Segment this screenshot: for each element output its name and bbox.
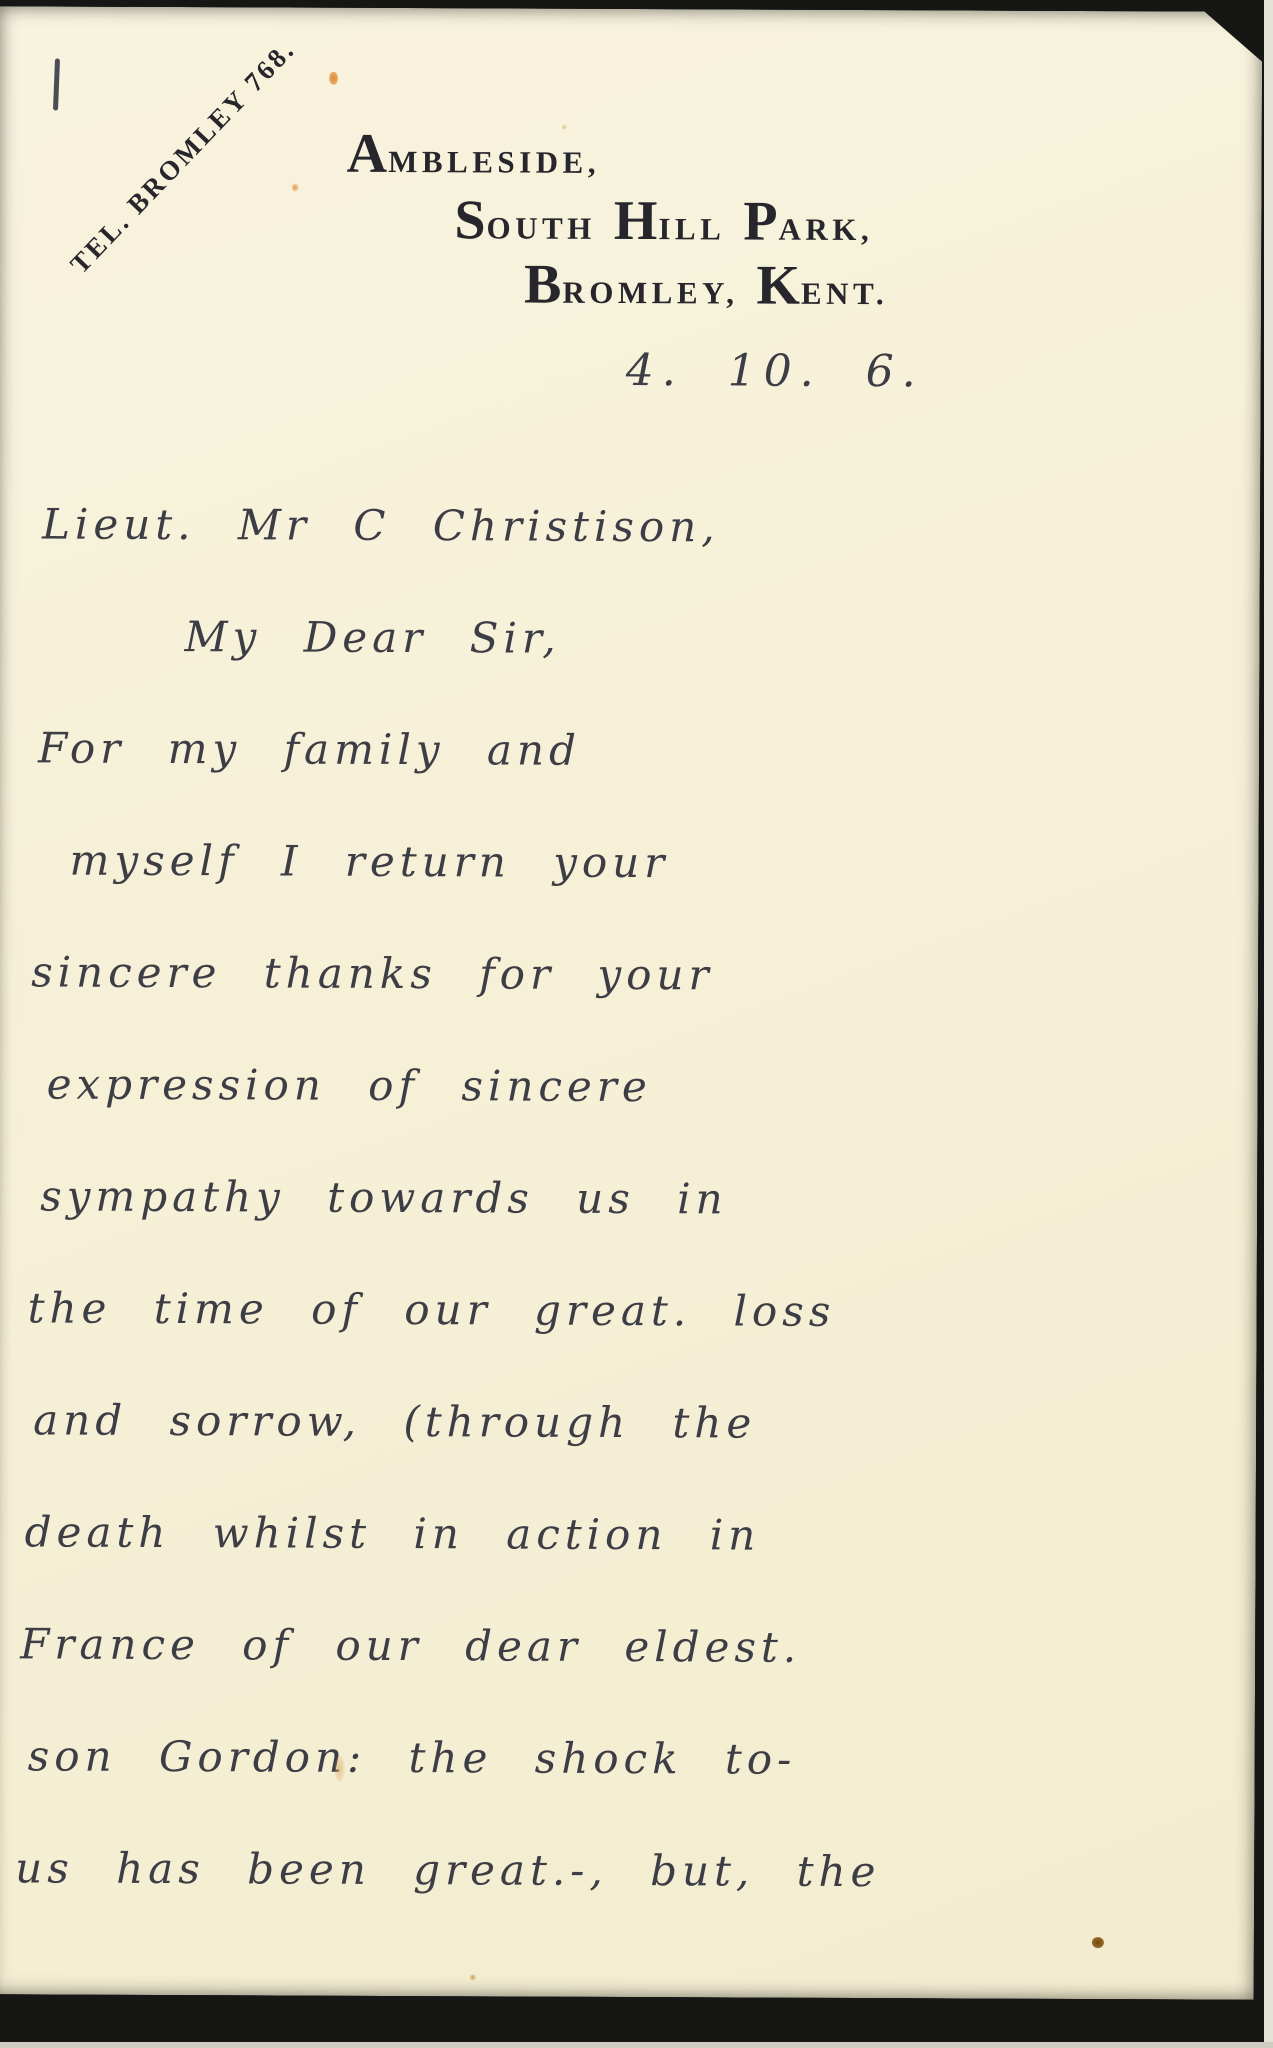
letter-line: sincere thanks for your xyxy=(31,916,1235,1033)
letter-line: My Dear Sir, xyxy=(184,581,1236,698)
letterhead-telephone: TEL. BROMLEY 768. xyxy=(64,34,301,280)
scanner-edge-strip-bottom xyxy=(0,2042,1273,2048)
foxing-spot xyxy=(470,1974,476,1980)
letter-line: expression of sincere xyxy=(46,1028,1234,1145)
letter-line: the time of our great. loss xyxy=(27,1252,1233,1369)
foxing-spot xyxy=(335,1756,345,1782)
letter-line: France of our dear eldest. xyxy=(20,1588,1232,1705)
page-number-mark xyxy=(53,58,60,110)
foxing-spot xyxy=(292,184,299,192)
letter-line: myself I return your xyxy=(69,805,1235,922)
letter-line: For my family and xyxy=(38,692,1236,809)
foxing-spot xyxy=(562,125,567,130)
letter-body: Lieut. Mr C Christison, My Dear Sir, For… xyxy=(0,468,1237,1929)
scanner-edge-strip xyxy=(1264,0,1273,2048)
letter-line: and sorrow, (through the xyxy=(33,1364,1233,1481)
letter-line: son Gordon: the shock to- xyxy=(27,1700,1231,1817)
letter-line: death whilst in action in xyxy=(24,1476,1232,1593)
foxing-spot xyxy=(329,72,338,85)
letter-paper: TEL. BROMLEY 768. AMBLESIDE, SOUTH HILL … xyxy=(0,6,1262,1999)
handwritten-date: 4. 10. 6. xyxy=(626,345,924,397)
letter-line: sympathy towards us in xyxy=(40,1140,1234,1257)
foxing-spot xyxy=(1092,1937,1104,1948)
letterhead-address: AMBLESIDE, SOUTH HILL PARK, BROMLEY, KEN… xyxy=(346,126,903,314)
letterhead-line-bromley-kent: BROMLEY, KENT. xyxy=(524,257,902,315)
letterhead-line-ambleside: AMBLESIDE, xyxy=(347,126,903,184)
letter-line: Lieut. Mr C Christison, xyxy=(42,468,1237,585)
letter-line: us has been great.-, but, the xyxy=(15,1812,1231,1929)
letterhead-line-south-hill-park: SOUTH HILL PARK, xyxy=(454,192,902,250)
scanned-letter: TEL. BROMLEY 768. AMBLESIDE, SOUTH HILL … xyxy=(0,0,1273,2048)
